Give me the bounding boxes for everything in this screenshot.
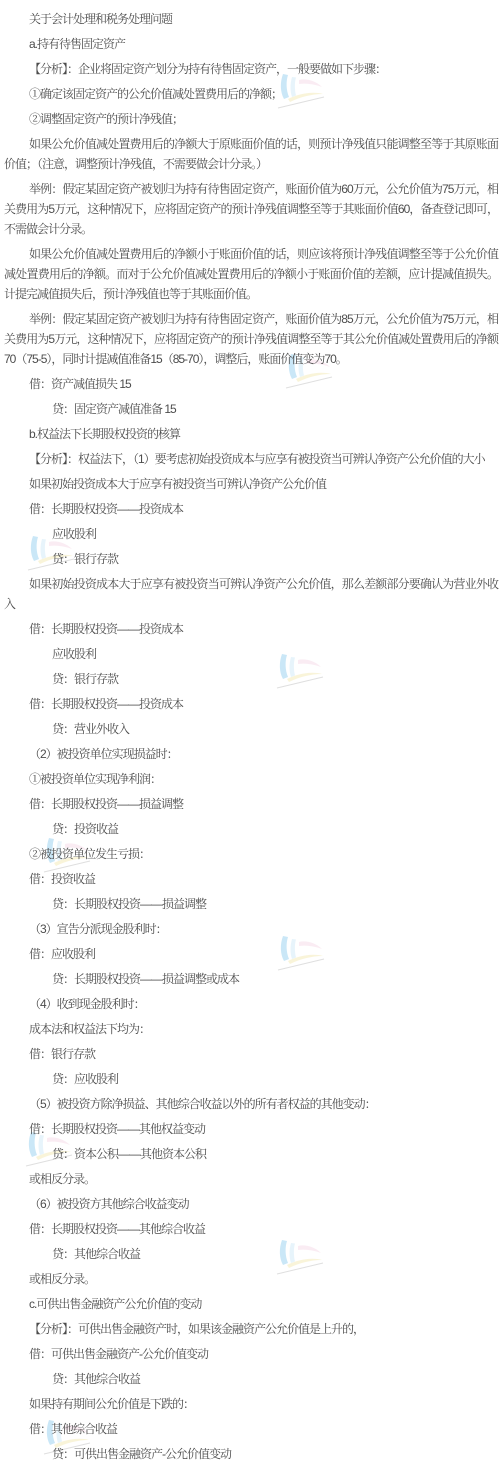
step-item-1: ①确定该固定资产的公允价值减处置费用后的净额；	[4, 84, 498, 104]
journal-debit-line: 借：应收股利	[4, 944, 498, 964]
journal-debit-line: 借：长期股权投资——其他权益变动	[4, 1119, 498, 1139]
paragraph: 如果初始投资成本大于应享有被投资当可辨认净资产公允价值	[4, 474, 498, 494]
paragraph: 或相反分录。	[4, 1269, 498, 1289]
journal-sub-line: 应收股利	[4, 644, 498, 664]
journal-sub-line: 应收股利	[4, 524, 498, 544]
journal-credit-line: 贷：银行存款	[4, 669, 498, 689]
list-item-6: （6）被投资方其他综合收益变动	[4, 1194, 498, 1214]
journal-credit-line: 贷：长期股权投资——损益调整或成本	[4, 969, 498, 989]
journal-credit-line: 贷：投资收益	[4, 819, 498, 839]
list-item-2: （2）被投资单位实现损益时：	[4, 744, 498, 764]
journal-credit-line: 贷：其他综合收益	[4, 1244, 498, 1264]
journal-debit-line: 借：其他综合收益	[4, 1419, 498, 1439]
journal-credit-line: 贷：营业外收入	[4, 719, 498, 739]
section-a-heading: a.持有待售固定资产	[4, 34, 498, 54]
journal-debit-line: 借：长期股权投资——投资成本	[4, 619, 498, 639]
sub-item-1: ①被投资单位实现净利润：	[4, 769, 498, 789]
journal-debit-line: 借：资产减值损失 15	[4, 374, 498, 394]
list-item-4: （4）收到现金股利时：	[4, 994, 498, 1014]
journal-debit-line: 借：可供出售金融资产-公允价值变动	[4, 1344, 498, 1364]
journal-credit-line: 贷：长期股权投资——损益调整	[4, 894, 498, 914]
paragraph: 如果公允价值减处置费用后的净额大于原账面价值的话，则预计净残值只能调整至等于其原…	[4, 134, 498, 174]
step-item-2: ②调整固定资产的预计净残值；	[4, 109, 498, 129]
paragraph: 成本法和权益法下均为：	[4, 1019, 498, 1039]
journal-credit-line: 贷：资本公积——其他资本公积	[4, 1144, 498, 1164]
journal-credit-line: 贷：应收股利	[4, 1069, 498, 1089]
section-b-heading: b.权益法下长期股权投资的核算	[4, 424, 498, 444]
paragraph: 如果持有期间公允价值是下跌的：	[4, 1394, 498, 1414]
example-paragraph: 举例：假定某固定资产被划归为持有待售固定资产，账面价值为60万元，公允价值为75…	[4, 179, 498, 239]
journal-debit-line: 借：投资收益	[4, 869, 498, 889]
list-item-5: （5）被投资方除净损益、其他综合收益以外的所有者权益的其他变动：	[4, 1094, 498, 1114]
analysis-paragraph: 【分析】：可供出售金融资产时，如果该金融资产公允价值是上升的，	[4, 1319, 498, 1339]
paragraph: 如果公允价值减处置费用后的净额小于账面价值的话，则应该将预计净残值调整至等于公允…	[4, 244, 498, 304]
journal-credit-line: 贷：固定资产减值准备 15	[4, 399, 498, 419]
journal-credit-line: 贷：其他综合收益	[4, 1369, 498, 1389]
analysis-paragraph: 【分析】：企业将固定资产划分为持有待售固定资产，一般要做如下步骤：	[4, 59, 498, 79]
journal-credit-line: 贷：可供出售金融资产-公允价值变动	[4, 1444, 498, 1464]
document-title: 关于会计处理和税务处理问题	[4, 9, 498, 29]
sub-item-2: ②被投资单位发生亏损：	[4, 844, 498, 864]
list-item-3: （3）宣告分派现金股利时：	[4, 919, 498, 939]
journal-debit-line: 借：长期股权投资——其他综合收益	[4, 1219, 498, 1239]
journal-debit-line: 借：长期股权投资——投资成本	[4, 694, 498, 714]
journal-debit-line: 借：长期股权投资——损益调整	[4, 794, 498, 814]
paragraph: 或相反分录。	[4, 1169, 498, 1189]
paragraph: 如果初始投资成本大于应享有被投资当可辨认净资产公允价值，那么差额部分要确认为营业…	[4, 574, 498, 614]
analysis-paragraph: 【分析】：权益法下，（1）要考虑初始投资成本与应享有被投资当可辨认净资产公允价值…	[4, 449, 498, 469]
document-body: 关于会计处理和税务处理问题a.持有待售固定资产【分析】：企业将固定资产划分为持有…	[4, 9, 498, 1464]
section-c-heading: c.可供出售金融资产公允价值的变动	[4, 1294, 498, 1314]
journal-debit-line: 借：长期股权投资——投资成本	[4, 499, 498, 519]
journal-credit-line: 贷：银行存款	[4, 549, 498, 569]
document-page: 关于会计处理和税务处理问题a.持有待售固定资产【分析】：企业将固定资产划分为持有…	[0, 0, 500, 1481]
journal-debit-line: 借：银行存款	[4, 1044, 498, 1064]
example-paragraph: 举例：假定某固定资产被划归为持有待售固定资产，账面价值为85万元，公允价值为75…	[4, 309, 498, 369]
